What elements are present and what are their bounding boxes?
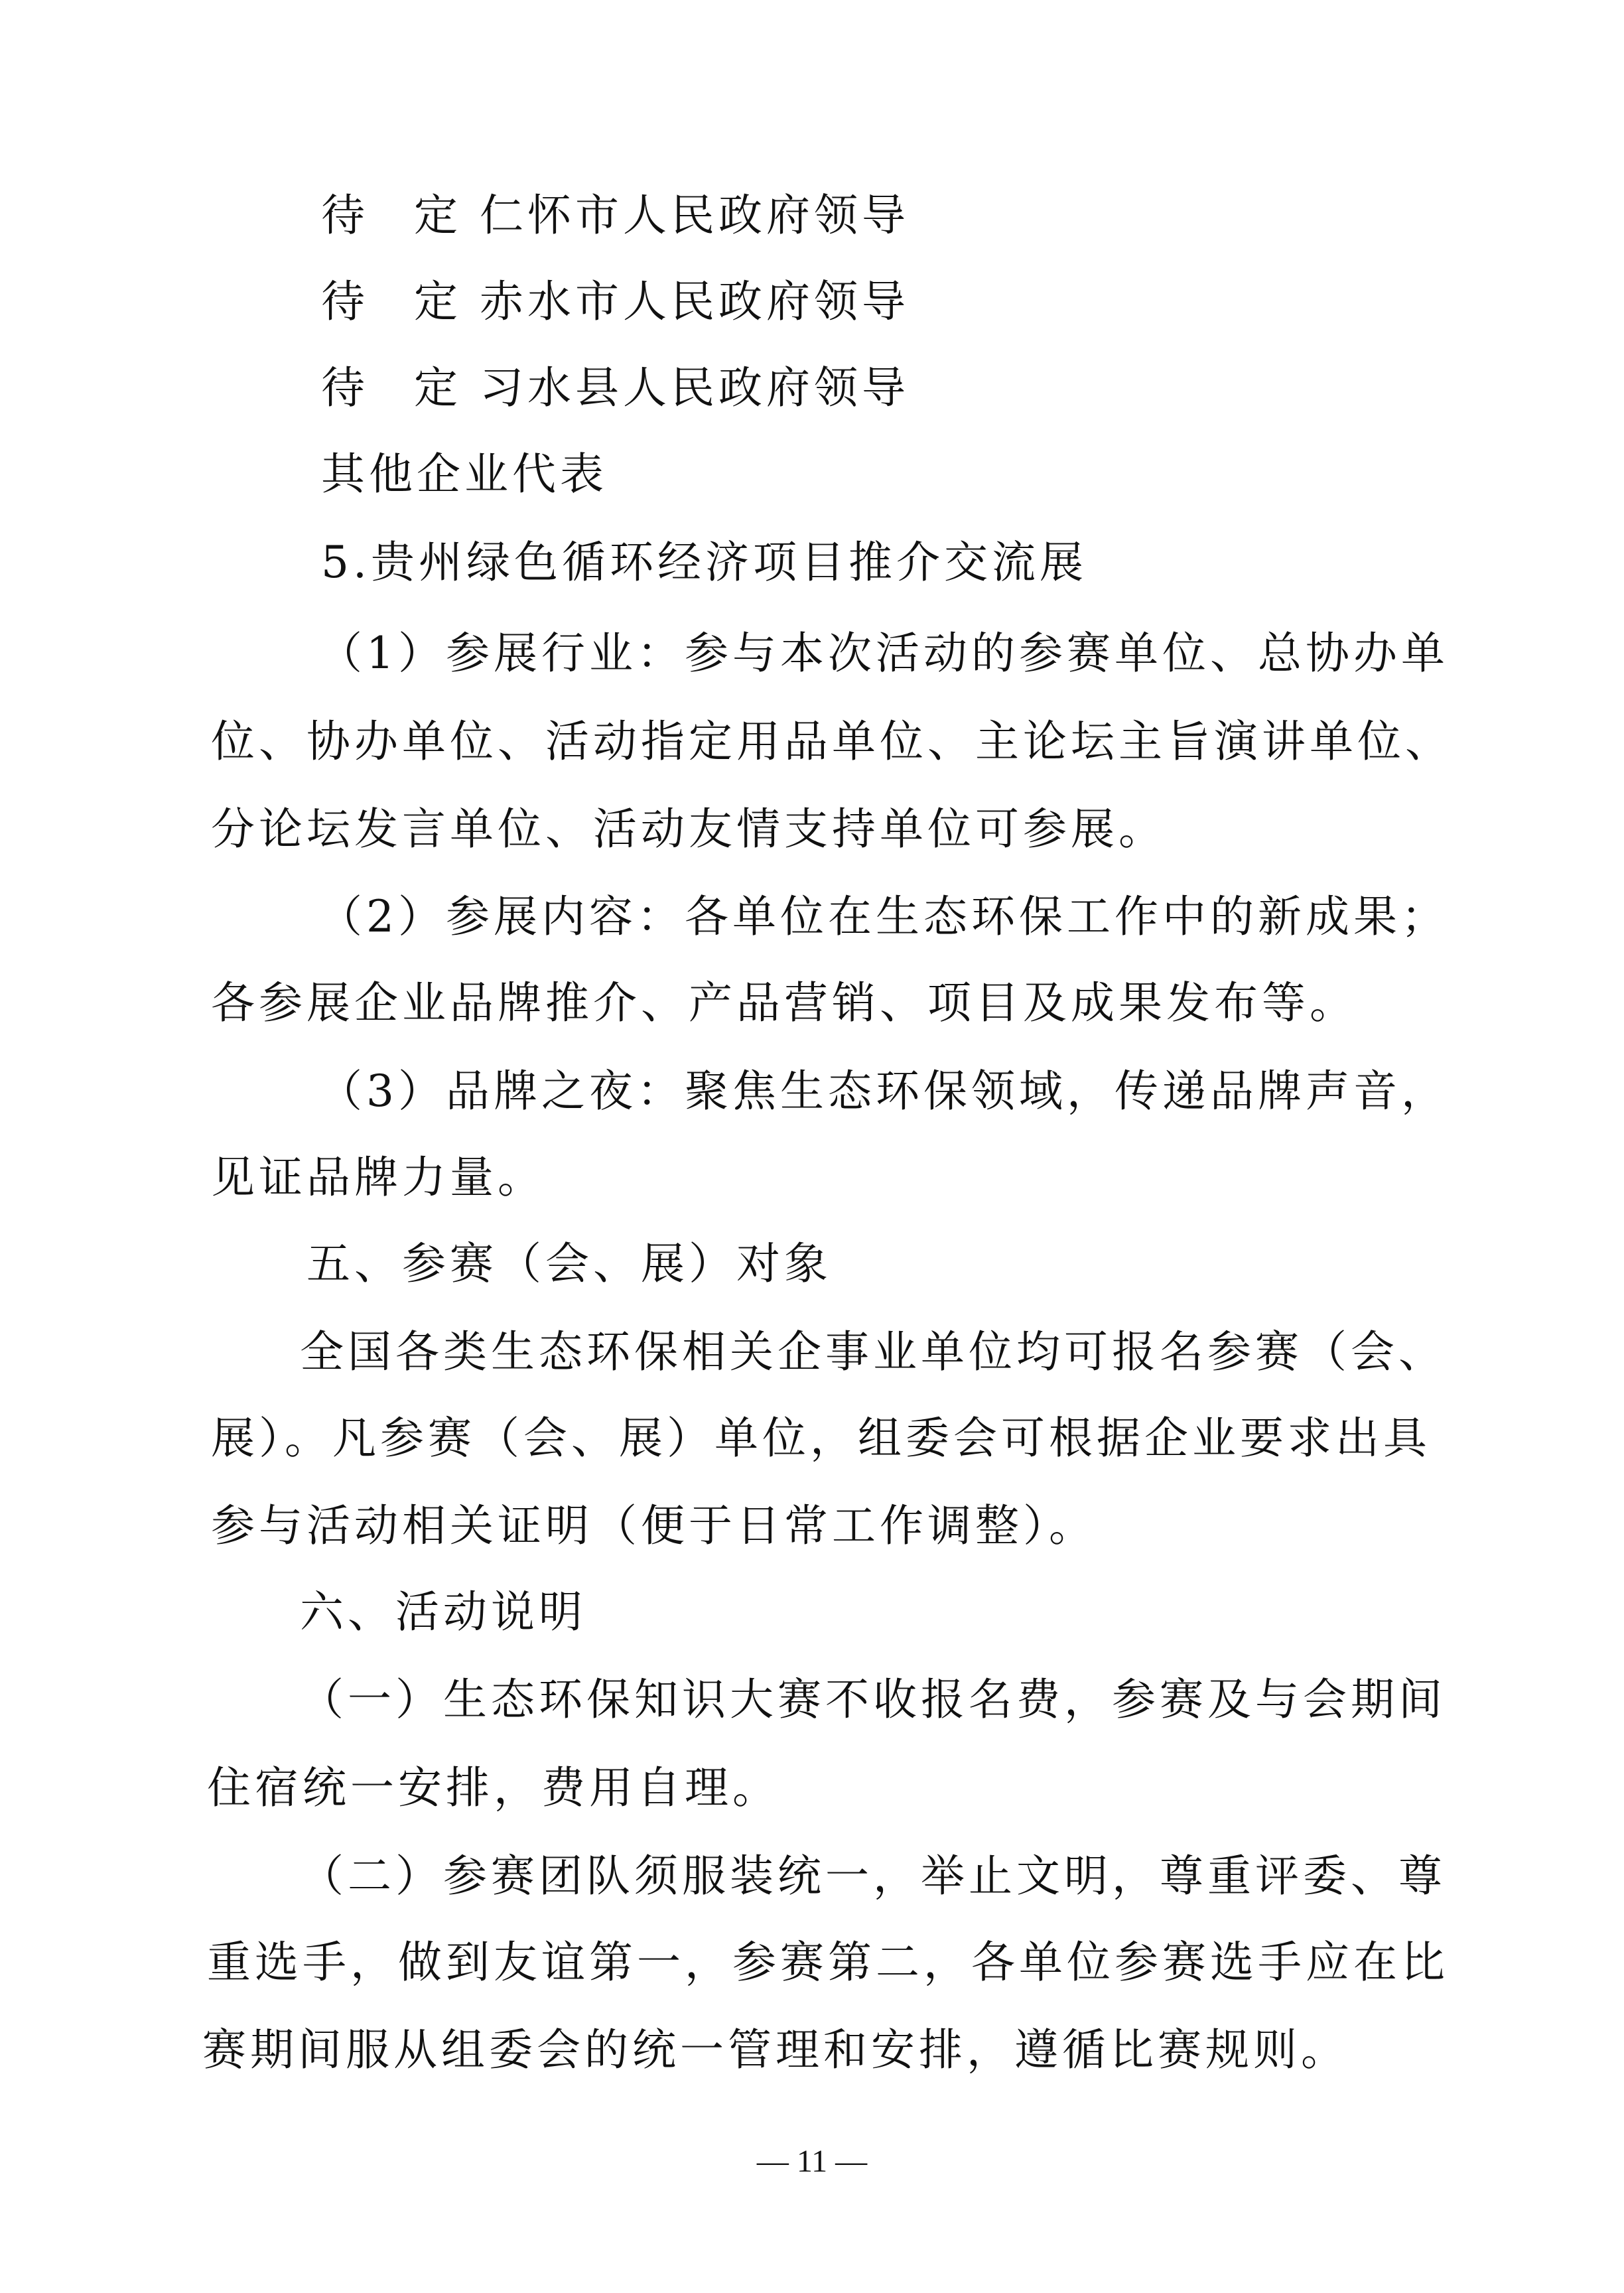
section-heading: 六、活动说明 (300, 1586, 586, 1639)
paragraph-line: 各参展企业品牌推介、产品营销、项目及成果发布等。 (211, 977, 1357, 1030)
paragraph-line: 参与活动相关证明（便于日常工作调整）。 (211, 1499, 1097, 1553)
document-page: 待定 仁怀市人民政府领导 待定 赤水市人民政府领导 待定 习水县人民政府领导 其… (0, 0, 1624, 2293)
paragraph-line: （1）参展行业：参与本次活动的参赛单位、总协办单 (318, 627, 1449, 680)
paragraph-line: 见证品牌力量。 (211, 1151, 545, 1204)
paragraph-line: （3）品牌之夜：聚焦生态环保领域，传递品牌声音， (318, 1065, 1449, 1118)
paragraph-line: 展）。凡参赛（会、展）单位，组委会可根据企业要求出具 (211, 1412, 1431, 1465)
item-heading: 5.贵州绿色循环经济项目推介交流展 (321, 536, 1087, 589)
paragraph-line: （2）参展内容：各单位在生态环保工作中的新成果； (318, 890, 1449, 943)
section-heading: 五、参赛（会、展）对象 (306, 1237, 832, 1290)
paragraph-line: 位、协办单位、活动指定用品单位、主论坛主旨演讲单位、 (211, 715, 1453, 768)
paragraph-line: 其他企业代表 (321, 448, 608, 501)
paragraph-line: 全国各类生态环保相关企事业单位均可报名参赛（会、 (300, 1326, 1446, 1379)
paragraph-line: 住宿统一安排，费用自理。 (207, 1762, 780, 1815)
attendee-line: 待定 仁怀市人民政府领导 (321, 189, 910, 242)
paragraph-line: 重选手，做到友谊第一，参赛第二，各单位参赛选手应在比 (207, 1936, 1449, 1989)
page-number: — 11 — (0, 2143, 1624, 2180)
attendee-line: 待定 赤水市人民政府领导 (321, 275, 910, 328)
paragraph-line: （二）参赛团队须服装统一，举止文明，尊重评委、尊 (300, 1850, 1446, 1903)
attendee-line: 待定 习水县人民政府领导 (321, 362, 910, 415)
paragraph-line: 赛期间服从组委会的统一管理和安排，遵循比赛规则。 (202, 2024, 1349, 2077)
paragraph-line: （一）生态环保知识大赛不收报名费，参赛及与会期间 (300, 1673, 1446, 1726)
paragraph-line: 分论坛发言单位、活动友情支持单位可参展。 (211, 803, 1166, 856)
